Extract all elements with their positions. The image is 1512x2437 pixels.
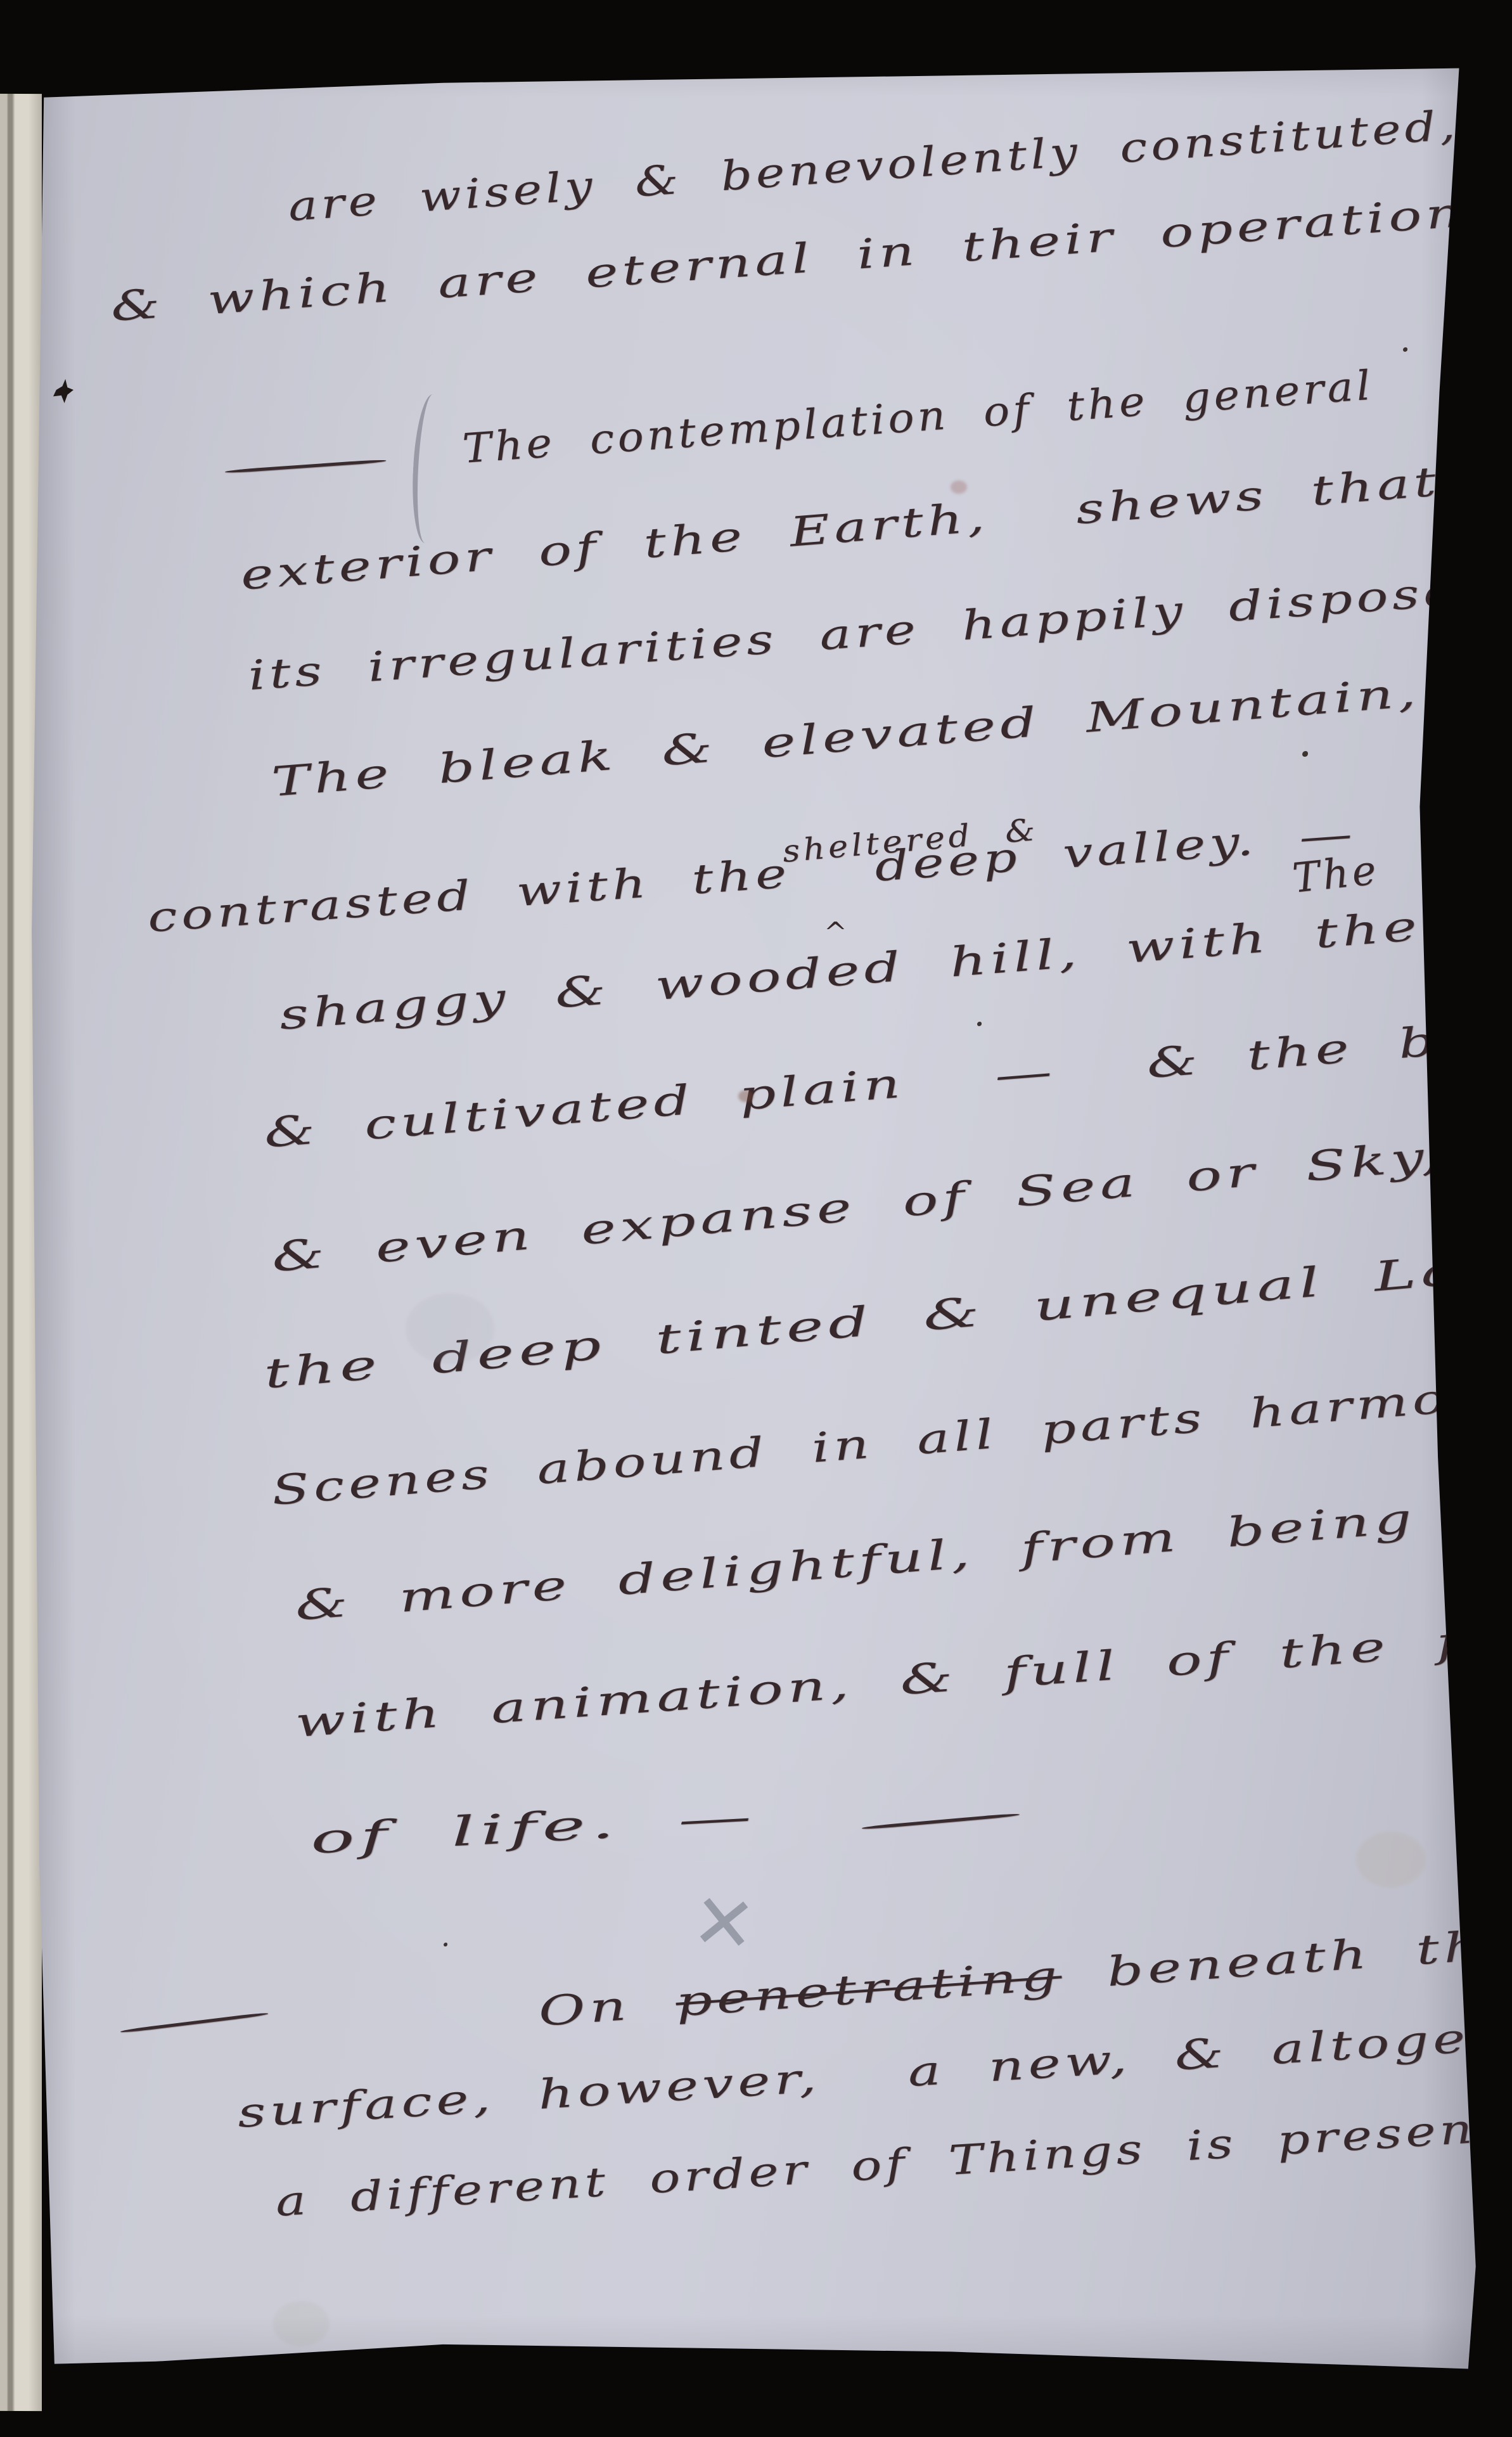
manuscript-line: & cultivated plain — & the bright bbox=[262, 1005, 1512, 1157]
pencil-bracket-icon bbox=[409, 394, 449, 544]
line-text: The contemplation of the general bbox=[461, 363, 1375, 473]
manuscript-line: & even expanse of Sea or Sky, with bbox=[270, 1115, 1512, 1281]
line-text: contrasted with the deep valley. — bbox=[146, 811, 1357, 942]
manuscript-line: surface, however, a new, & altogether bbox=[236, 2007, 1512, 2137]
paper-stain bbox=[951, 480, 967, 494]
line-text: are wisely & benevolently constituted, bbox=[286, 102, 1460, 231]
line-text: On bbox=[537, 1979, 677, 2036]
manuscript-line: its irregularities are happily disposed. bbox=[247, 564, 1512, 700]
paper-speck bbox=[444, 1943, 447, 1946]
pen-dash-stroke bbox=[120, 2012, 269, 2033]
paper-stain bbox=[406, 1293, 494, 1364]
manuscript-page: are wisely & benevolently constituted,& … bbox=[0, 0, 1512, 2437]
manuscript-line: & which are eternal in their operation. … bbox=[109, 181, 1512, 331]
manuscript-line: & more delightful, from being warm bbox=[293, 1477, 1512, 1630]
line-text: shaggy & wooded hill, with the level bbox=[278, 887, 1512, 1039]
struck-word: penetrating bbox=[674, 1952, 1063, 2026]
manuscript-line: with animation, & full of the forms bbox=[293, 1607, 1512, 1747]
paper-speck bbox=[1223, 1301, 1227, 1304]
manuscript-line: On penetrating beneath the bbox=[537, 1920, 1512, 2036]
manuscript-line: exterior of the Earth, shews that even bbox=[239, 443, 1512, 599]
line-text: surface, however, a new, & altogether bbox=[236, 2007, 1512, 2137]
pencil-x-mark-icon: ✕ bbox=[688, 1877, 760, 1971]
line-text: exterior of the Earth, shews that even bbox=[239, 443, 1512, 599]
manuscript-line: Scenes abound in all parts harmonious, bbox=[270, 1360, 1512, 1515]
line-text: The bleak & elevated Mountain, is bbox=[270, 661, 1512, 806]
manuscript-line: The contemplation of the general bbox=[461, 363, 1375, 473]
line-text: its irregularities are happily disposed. bbox=[247, 564, 1512, 700]
line-text: of life. — bbox=[309, 1793, 758, 1863]
manuscript-line: are wisely & benevolently constituted, bbox=[286, 102, 1460, 231]
pen-dash-stroke bbox=[225, 459, 387, 473]
interline-insertion: sheltered & bbox=[781, 812, 1040, 870]
paper-stain bbox=[1356, 1832, 1426, 1887]
manuscript-line: of life. — bbox=[309, 1793, 758, 1863]
line-text: & even expanse of Sea or Sky, with bbox=[270, 1115, 1512, 1281]
paper-stain bbox=[738, 1090, 753, 1102]
manuscript-line: a different order of Things is presented bbox=[274, 2100, 1512, 2226]
line-text: Scenes abound in all parts harmonious, bbox=[270, 1360, 1512, 1515]
manuscript-line: The bleak & elevated Mountain, is bbox=[270, 661, 1512, 806]
manuscript-line: the deep tinted & unequal Land.— bbox=[262, 1230, 1512, 1398]
line-text: & more delightful, from being warm bbox=[293, 1477, 1512, 1630]
ink-blot bbox=[53, 379, 74, 403]
pen-dash-stroke bbox=[862, 1813, 1020, 1830]
paper-speck bbox=[1302, 751, 1308, 757]
line-text: & cultivated plain — & the bright bbox=[262, 1005, 1512, 1157]
scanned-manuscript-view: { "document": { "kind": "handwritten man… bbox=[0, 0, 1512, 2437]
line-text: with animation, & full of the forms bbox=[293, 1607, 1512, 1747]
manuscript-line: contrasted with the deep valley. — bbox=[146, 811, 1357, 942]
insertion-caret-icon: ^ bbox=[824, 916, 847, 949]
line-text: beneath the bbox=[1060, 1920, 1512, 2000]
line-text: & which are eternal in their operation. … bbox=[109, 181, 1512, 331]
line-text: a different order of Things is presented bbox=[274, 2100, 1512, 2226]
manuscript-line: shaggy & wooded hill, with the level bbox=[278, 887, 1512, 1039]
line-text: the deep tinted & unequal Land.— bbox=[262, 1230, 1512, 1398]
paper-stain bbox=[272, 2301, 330, 2346]
paper-speck bbox=[977, 1022, 982, 1026]
sentence-start-the: The bbox=[1290, 847, 1381, 903]
paper-speck bbox=[1403, 347, 1407, 352]
